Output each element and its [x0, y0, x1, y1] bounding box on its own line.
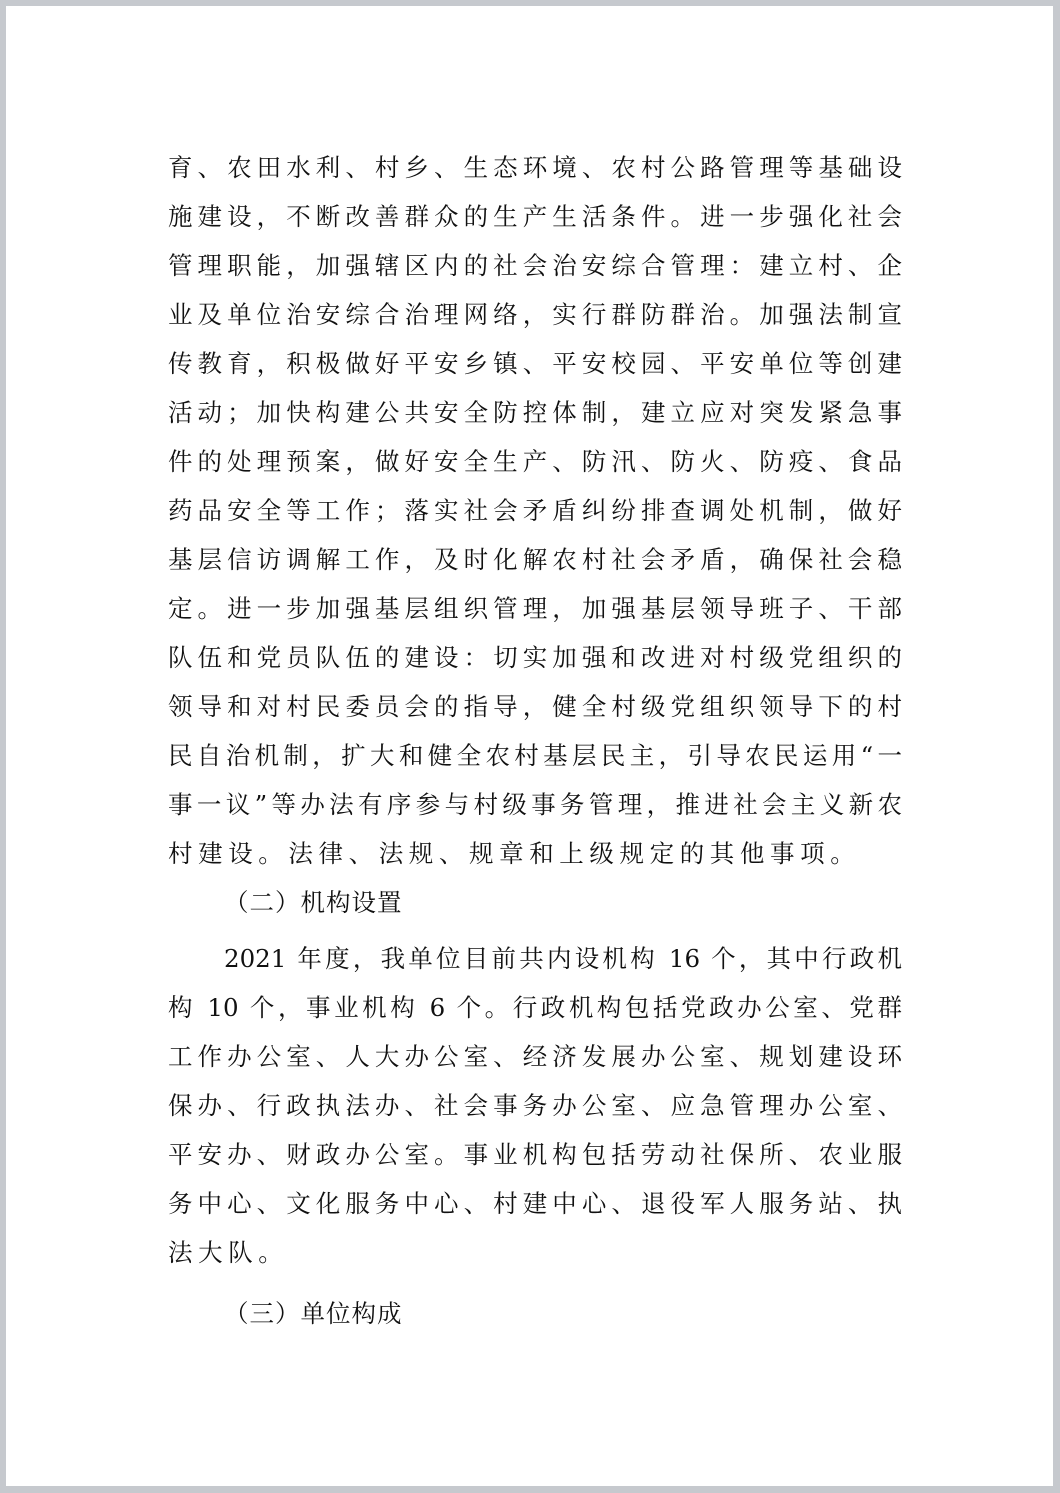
text-line: 队伍和党员队伍的建设：切实加强和改进对村级党组织的: [168, 633, 902, 682]
text-line: 件的处理预案，做好安全生产、防汛、防火、防疫、食品: [168, 437, 902, 486]
spacer: [168, 1277, 902, 1289]
text-line: 工作办公室、人大办公室、经济发展办公室、规划建设环: [168, 1032, 902, 1081]
section-heading-unit-composition: （三）单位构成: [168, 1289, 902, 1338]
document-page: 育、农田水利、村乡、生态环境、农村公路管理等基础设 施建设，不断改善群众的生产生…: [6, 6, 1053, 1486]
text-line: 业及单位治安综合治理网络，实行群防群治。加强法制宣: [168, 290, 902, 339]
text-line: 民自治机制，扩大和健全农村基层民主，引导农民运用“一: [168, 731, 902, 780]
text-line: 事一议”等办法有序参与村级事务管理，推进社会主义新农: [168, 780, 902, 829]
text-line: 管理职能，加强辖区内的社会治安综合管理：建立村、企: [168, 241, 902, 290]
text-line: 定。进一步加强基层组织管理，加强基层领导班子、干部: [168, 584, 902, 633]
paragraph-institution-setup: 2021 年度，我单位目前共内设机构 16 个，其中行政机 构 10 个，事业机…: [168, 934, 902, 1277]
text-line: 传教育，积极做好平安乡镇、平安校园、平安单位等创建: [168, 339, 902, 388]
text-line: 药品安全等工作；落实社会矛盾纠纷排查调处机制，做好: [168, 486, 902, 535]
text-line: 2021 年度，我单位目前共内设机构 16 个，其中行政机: [168, 934, 902, 983]
text-line: 领导和对村民委员会的指导，健全村级党组织领导下的村: [168, 682, 902, 731]
text-line: 务中心、文化服务中心、村建中心、退役军人服务站、执: [168, 1179, 902, 1228]
text-line: 村建设。法律、法规、规章和上级规定的其他事项。: [168, 829, 902, 878]
document-body: 育、农田水利、村乡、生态环境、农村公路管理等基础设 施建设，不断改善群众的生产生…: [168, 143, 902, 1338]
text-line: 基层信访调解工作，及时化解农村社会矛盾，确保社会稳: [168, 535, 902, 584]
section-heading-institution-setup: （二）机构设置: [168, 878, 902, 927]
text-line: 活动；加快构建公共安全防控体制，建立应对突发紧急事: [168, 388, 902, 437]
spacer: [168, 927, 902, 934]
paragraph-functions: 育、农田水利、村乡、生态环境、农村公路管理等基础设 施建设，不断改善群众的生产生…: [168, 143, 902, 878]
text-line: 施建设，不断改善群众的生产生活条件。进一步强化社会: [168, 192, 902, 241]
text-line: 保办、行政执法办、社会事务办公室、应急管理办公室、: [168, 1081, 902, 1130]
text-line: 育、农田水利、村乡、生态环境、农村公路管理等基础设: [168, 143, 902, 192]
text-line: 平安办、财政办公室。事业机构包括劳动社保所、农业服: [168, 1130, 902, 1179]
text-line: 构 10 个，事业机构 6 个。行政机构包括党政办公室、党群: [168, 983, 902, 1032]
text-line: 法大队。: [168, 1228, 902, 1277]
